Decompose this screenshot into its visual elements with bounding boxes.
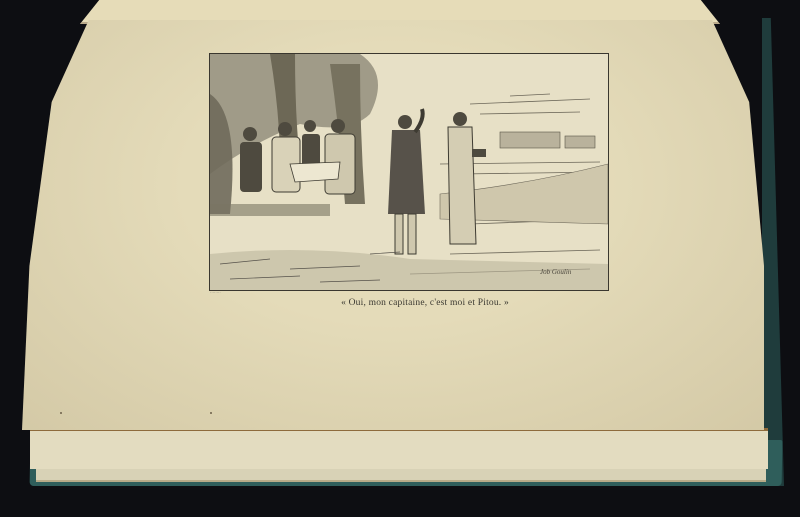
- engraved-illustration: [209, 53, 609, 291]
- illustration-drawing: [210, 54, 608, 290]
- page-stack-top: [30, 428, 768, 469]
- paper-foxing-spot: [60, 412, 62, 414]
- printer-mark: ········: [210, 290, 221, 295]
- illustration-caption: « Oui, mon capitaine, c'est moi et Pitou…: [300, 298, 550, 308]
- paper-foxing-spot: [210, 412, 212, 414]
- artist-signature: Job Goulin: [540, 268, 571, 276]
- book-cover-spine-edge: [762, 18, 784, 486]
- book-photo: ········ Job Goulin « Oui, mon capitaine…: [0, 0, 800, 517]
